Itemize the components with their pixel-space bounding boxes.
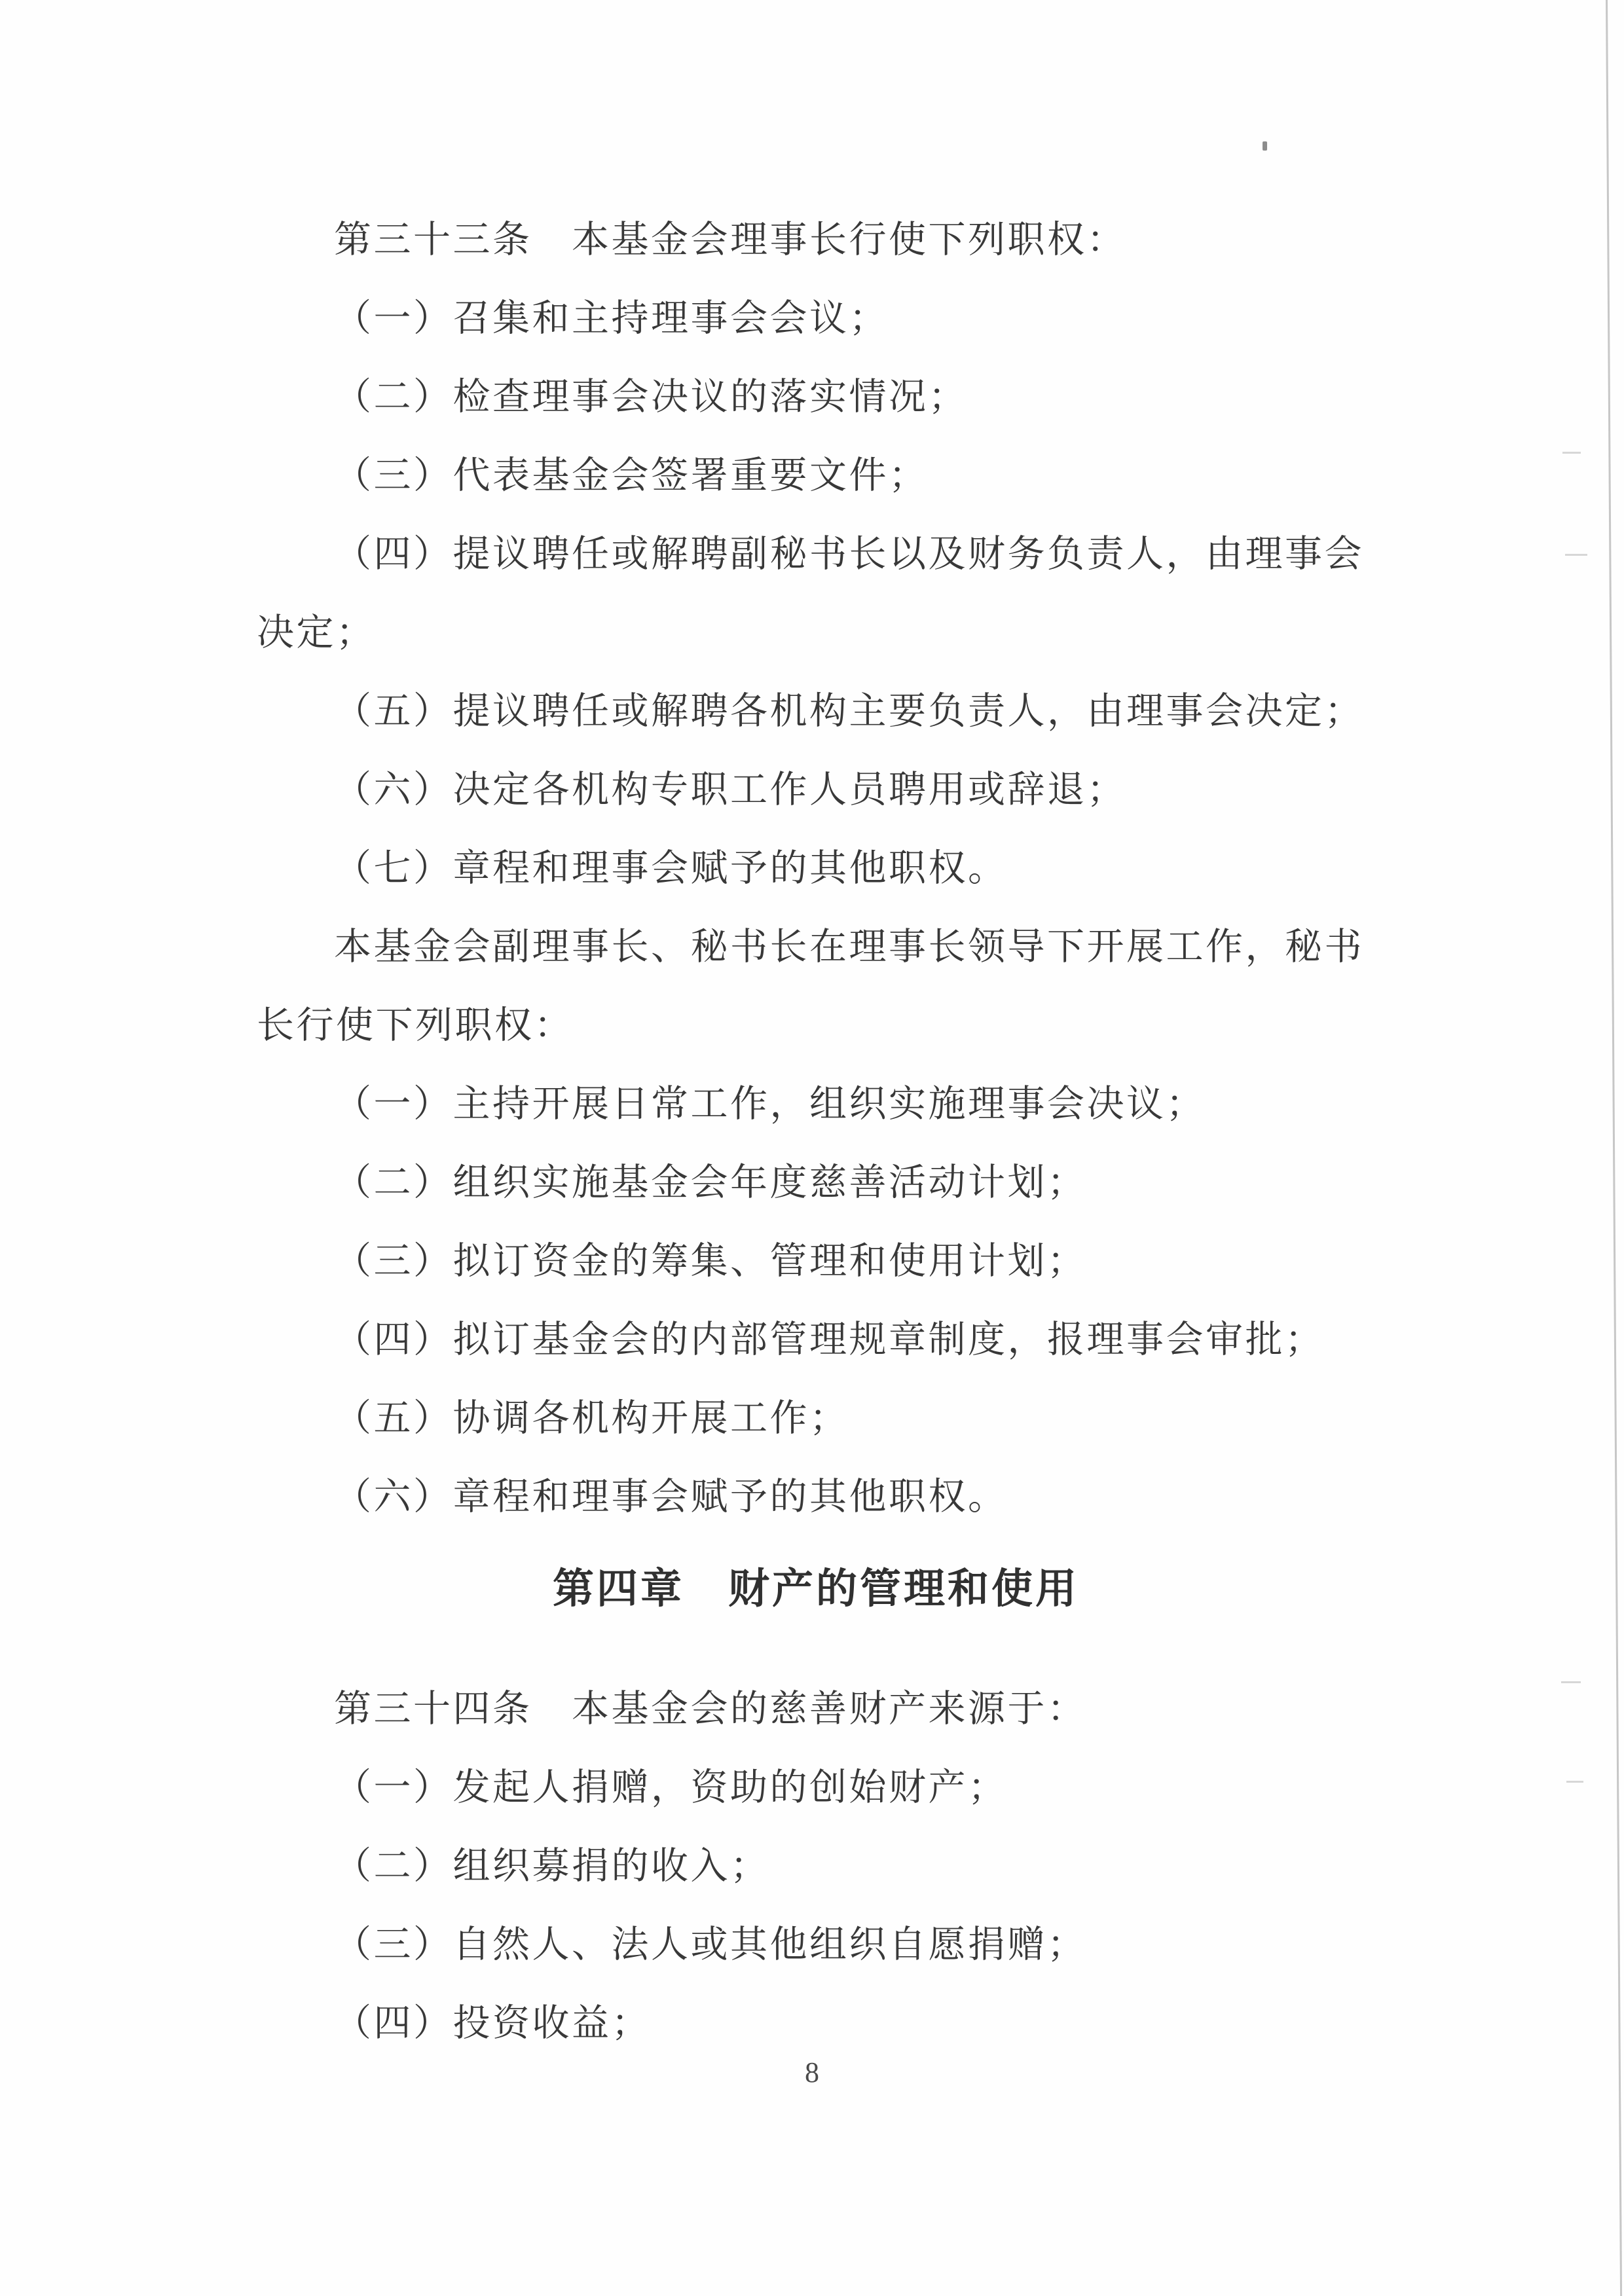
chapter-heading: 第四章 财产的管理和使用	[257, 1566, 1375, 1686]
page-number: 8	[0, 2056, 1624, 2095]
text-line: （三）拟订资金的筹集、管理和使用计划；	[257, 1239, 1375, 1317]
text-line: （四）提议聘任或解聘副秘书长以及财务负责人，由理事会	[257, 532, 1375, 610]
text-line: （五）提议聘任或解聘各机构主要负责人，由理事会决定；	[257, 689, 1375, 767]
scan-edge-line-artifact	[1606, 0, 1622, 2296]
text-line: （七）章程和理事会赋予的其他职权。	[257, 846, 1375, 924]
text-line: （一）主持开展日常工作，组织实施理事会决议；	[257, 1082, 1375, 1160]
document-body: 第三十三条 本基金会理事长行使下列职权：（一）召集和主持理事会会议；（二）检查理…	[257, 217, 1375, 2079]
text-line: （五）协调各机构开展工作；	[257, 1396, 1375, 1474]
document-page: 第三十三条 本基金会理事长行使下列职权：（一）召集和主持理事会会议；（二）检查理…	[0, 0, 1624, 2296]
text-line: （二）组织募捐的收入；	[257, 1844, 1375, 1922]
text-line: （一）召集和主持理事会会议；	[257, 296, 1375, 374]
text-line: （二）组织实施基金会年度慈善活动计划；	[257, 1160, 1375, 1239]
text-line: （二）检查理事会决议的落实情况；	[257, 374, 1375, 453]
text-line: （四）拟订基金会的内部管理规章制度，报理事会审批；	[257, 1317, 1375, 1396]
scan-streak-artifact	[1561, 1681, 1581, 1683]
text-line: （三）代表基金会签署重要文件；	[257, 453, 1375, 532]
text-line: （一）发起人捐赠，资助的创始财产；	[257, 1765, 1375, 1844]
text-line: （三）自然人、法人或其他组织自愿捐赠；	[257, 1922, 1375, 2001]
text-line: 决定；	[257, 610, 1375, 689]
text-line: （六）决定各机构专职工作人员聘用或辞退；	[257, 767, 1375, 846]
scan-speck-artifact	[1263, 141, 1267, 151]
text-line: 第三十四条 本基金会的慈善财产来源于：	[257, 1686, 1375, 1765]
scan-streak-artifact	[1566, 1781, 1583, 1783]
text-line: （六）章程和理事会赋予的其他职权。	[257, 1474, 1375, 1553]
scan-streak-artifact	[1562, 452, 1581, 454]
scan-streak-artifact	[1565, 554, 1587, 556]
text-line: 本基金会副理事长、秘书长在理事长领导下开展工作，秘书	[257, 924, 1375, 1003]
text-line: 长行使下列职权：	[257, 1003, 1375, 1082]
text-line: 第三十三条 本基金会理事长行使下列职权：	[257, 217, 1375, 296]
